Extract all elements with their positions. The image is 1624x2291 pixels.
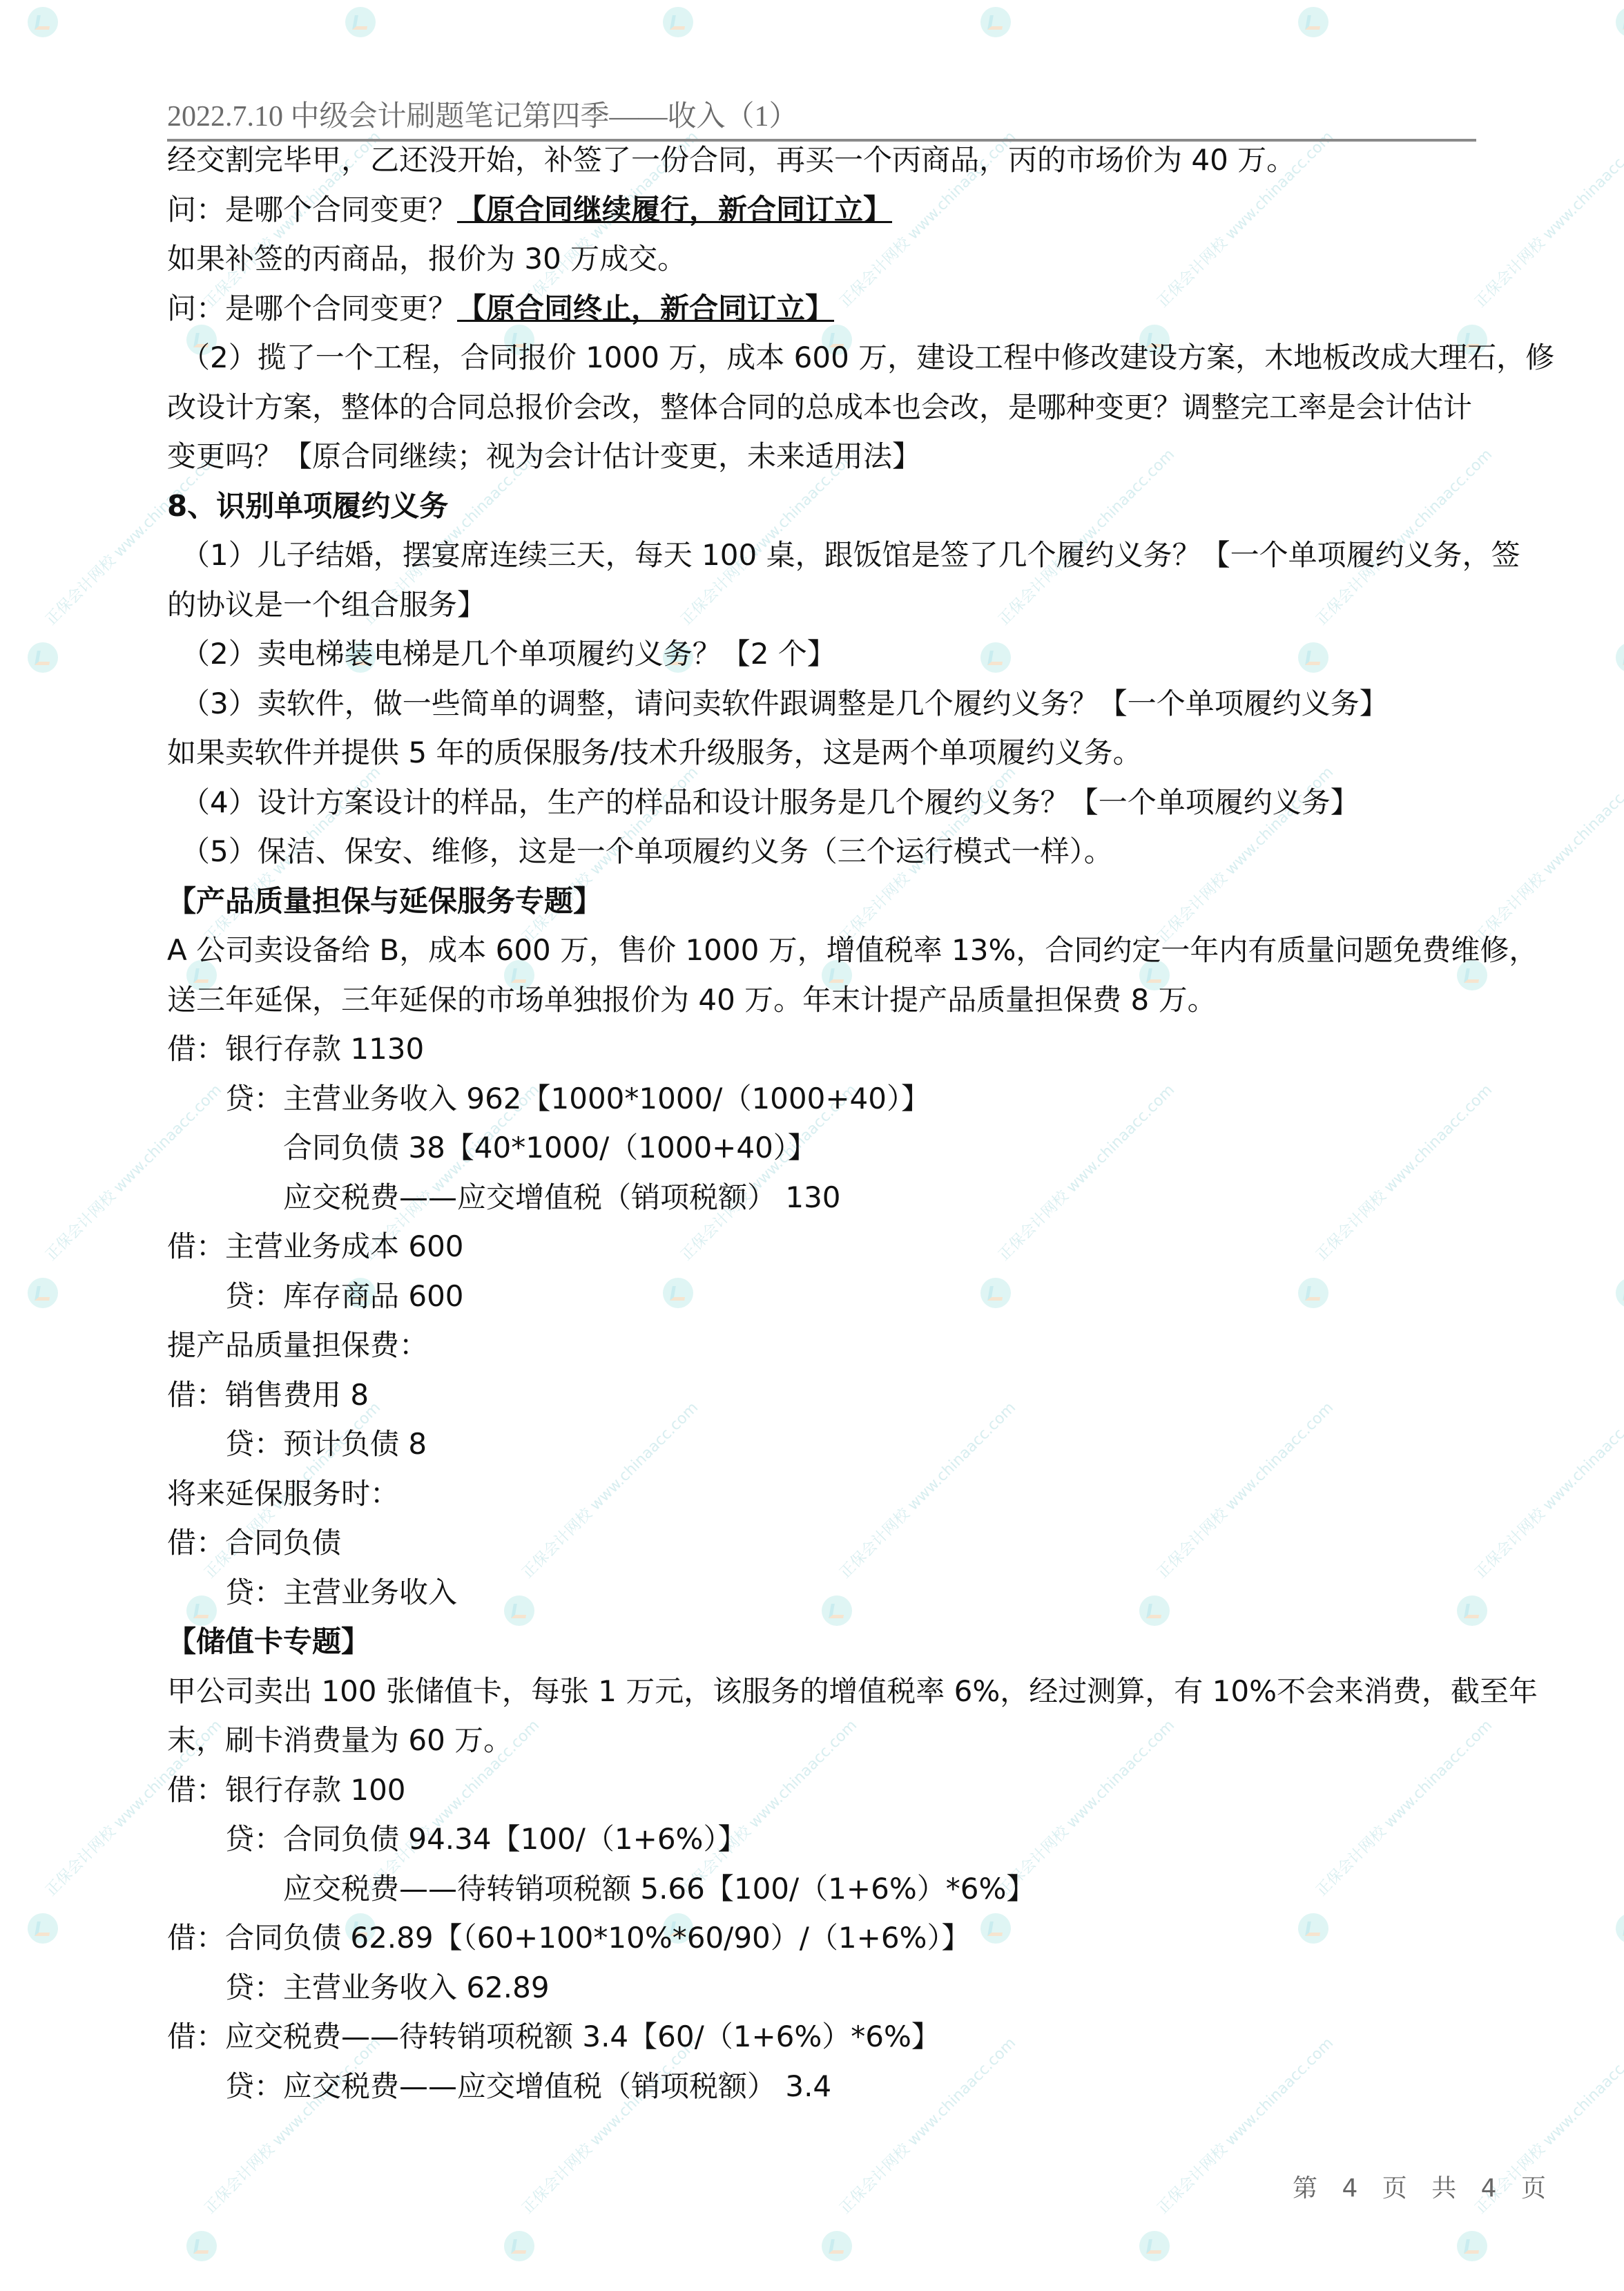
watermark-logo-icon: 正保会计网校 www.chinaacc.com [504, 2196, 711, 2279]
paragraph: 甲公司卖出 100 张储值卡，每张 1 万元，该服务的增值税率 6%，经过测算，… [167, 1667, 1479, 1716]
question-line: 问：是哪个合同变更？【原合同继续履行，新合同订立】 [167, 185, 1479, 235]
journal-credit: 贷：库存商品 600 [167, 1272, 1479, 1321]
journal-debit: 借：主营业务成本 600 [167, 1222, 1479, 1272]
section-heading: 8、识别单项履约义务 [167, 481, 1479, 531]
paragraph: 如果补签的丙商品，报价为 30 万成交。 [167, 234, 1479, 284]
list-item: （4）设计方案设计的样品，生产的样品和设计服务是几个履约义务？【一个单项履约义务… [167, 778, 1479, 827]
journal-debit: 借：银行存款 1130 [167, 1024, 1479, 1074]
watermark-logo-icon: 正保会计网校 www.chinaacc.com [980, 0, 1188, 55]
paragraph: 将来延保服务时： [167, 1469, 1479, 1519]
journal-credit: 应交税费——应交增值税（销项税额） 130 [167, 1173, 1479, 1223]
list-item: （1）儿子结婚，摆宴席连续三天，每天 100 桌，跟饭馆是签了几个履约义务？【一… [167, 530, 1479, 580]
question-line: 问：是哪个合同变更？【原合同终止，新合同订立】 [167, 284, 1479, 334]
watermark-logo-icon: 正保会计网校 www.chinaacc.com [1616, 0, 1624, 55]
journal-credit: 贷：主营业务收入 [167, 1568, 1479, 1618]
section-heading: 【产品质量担保与延保服务专题】 [167, 876, 1479, 926]
paragraph: （2）揽了一个工程，合同报价 1000 万，成本 600 万，建设工程中修改建设… [167, 333, 1479, 383]
list-item-continued: 的协议是一个组合服务】 [167, 580, 1479, 630]
answer-highlight: 【原合同终止，新合同订立】 [457, 291, 834, 325]
journal-debit: 借：银行存款 100 [167, 1765, 1479, 1815]
paragraph: 改设计方案，整体的合同总报价会改，整体合同的总成本也会改，是哪种变更？调整完工率… [167, 383, 1479, 432]
paragraph: 提产品质量担保费： [167, 1321, 1479, 1370]
paragraph: 送三年延保，三年延保的市场单独报价为 40 万。年末计提产品质量担保费 8 万。 [167, 975, 1479, 1025]
journal-debit: 借：合同负债 [167, 1518, 1479, 1568]
page-number: 第 4 页 共 4 页 [1293, 2169, 1554, 2204]
paragraph: 末，刷卡消费量为 60 万。 [167, 1716, 1479, 1765]
paragraph: 变更吗？【原合同继续；视为会计估计变更，未来适用法】 [167, 432, 1479, 481]
paragraph: A 公司卖设备给 B，成本 600 万，售价 1000 万，增值税率 13%，合… [167, 926, 1479, 975]
journal-debit: 借：合同负债 62.89【（60+100*10%*60/90）/（1+6%）】 [167, 1913, 1479, 1963]
page-header: 2022.7.10 中级会计刷题笔记第四季——收入（1） [167, 93, 1476, 142]
watermark-logo-icon: 正保会计网校 www.chinaacc.com [1457, 2196, 1624, 2279]
journal-credit: 贷：主营业务收入 962【1000*1000/（1000+40）】 [167, 1074, 1479, 1124]
watermark-logo-icon: 正保会计网校 www.chinaacc.com [822, 2196, 1029, 2279]
answer-highlight: 【原合同继续履行，新合同订立】 [457, 193, 892, 227]
watermark-logo-icon: 正保会计网校 www.chinaacc.com [663, 0, 870, 55]
watermark-logo-icon: 正保会计网校 www.chinaacc.com [1616, 608, 1624, 691]
list-item: （2）卖电梯装电梯是几个单项履约义务？【2 个】 [167, 629, 1479, 679]
section-heading: 【储值卡专题】 [167, 1617, 1479, 1667]
watermark-logo-icon: 正保会计网校 www.chinaacc.com [1457, 1561, 1624, 1644]
journal-credit: 贷：应交税费——应交增值税（销项税额） 3.4 [167, 2062, 1479, 2111]
list-item: （5）保洁、保安、维修，这是一个单项履约义务（三个运行模式一样）。 [167, 827, 1479, 876]
journal-credit: 贷：主营业务收入 62.89 [167, 1963, 1479, 2013]
document-body: 经交割完毕甲，乙还没开始，补签了一份合同，再买一个丙商品，丙的市场价为 40 万… [167, 135, 1479, 2111]
journal-credit: 贷：合同负债 94.34【100/（1+6%）】 [167, 1814, 1479, 1864]
watermark-logo-icon: 正保会计网校 www.chinaacc.com [1298, 0, 1505, 55]
paragraph: 经交割完毕甲，乙还没开始，补签了一份合同，再买一个丙商品，丙的市场价为 40 万… [167, 135, 1479, 185]
watermark-logo-icon: 正保会计网校 www.chinaacc.com [1616, 1243, 1624, 1326]
watermark-logo-icon: 正保会计网校 www.chinaacc.com [1139, 2196, 1346, 2279]
journal-credit: 合同负债 38【40*1000/（1000+40）】 [167, 1123, 1479, 1173]
journal-credit: 应交税费——待转销项税额 5.66【100/（1+6%）*6%】 [167, 1864, 1479, 1914]
journal-debit: 借：应交税费——待转销项税额 3.4【60/（1+6%）*6%】 [167, 2012, 1479, 2062]
list-item: （3）卖软件，做一些简单的调整，请问卖软件跟调整是几个履约义务？【一个单项履约义… [167, 679, 1479, 729]
paragraph: 如果卖软件并提供 5 年的质保服务/技术升级服务，这是两个单项履约义务。 [167, 728, 1479, 778]
watermark-logo-icon: 正保会计网校 www.chinaacc.com [345, 0, 552, 55]
watermark-logo-icon: 正保会计网校 www.chinaacc.com [28, 0, 235, 55]
journal-credit: 贷：预计负债 8 [167, 1419, 1479, 1469]
journal-debit: 借：销售费用 8 [167, 1370, 1479, 1420]
document-title: 2022.7.10 中级会计刷题笔记第四季——收入（1） [167, 101, 798, 133]
watermark-logo-icon: 正保会计网校 www.chinaacc.com [186, 2196, 394, 2279]
watermark-logo-icon: 正保会计网校 www.chinaacc.com [1616, 1879, 1624, 1962]
